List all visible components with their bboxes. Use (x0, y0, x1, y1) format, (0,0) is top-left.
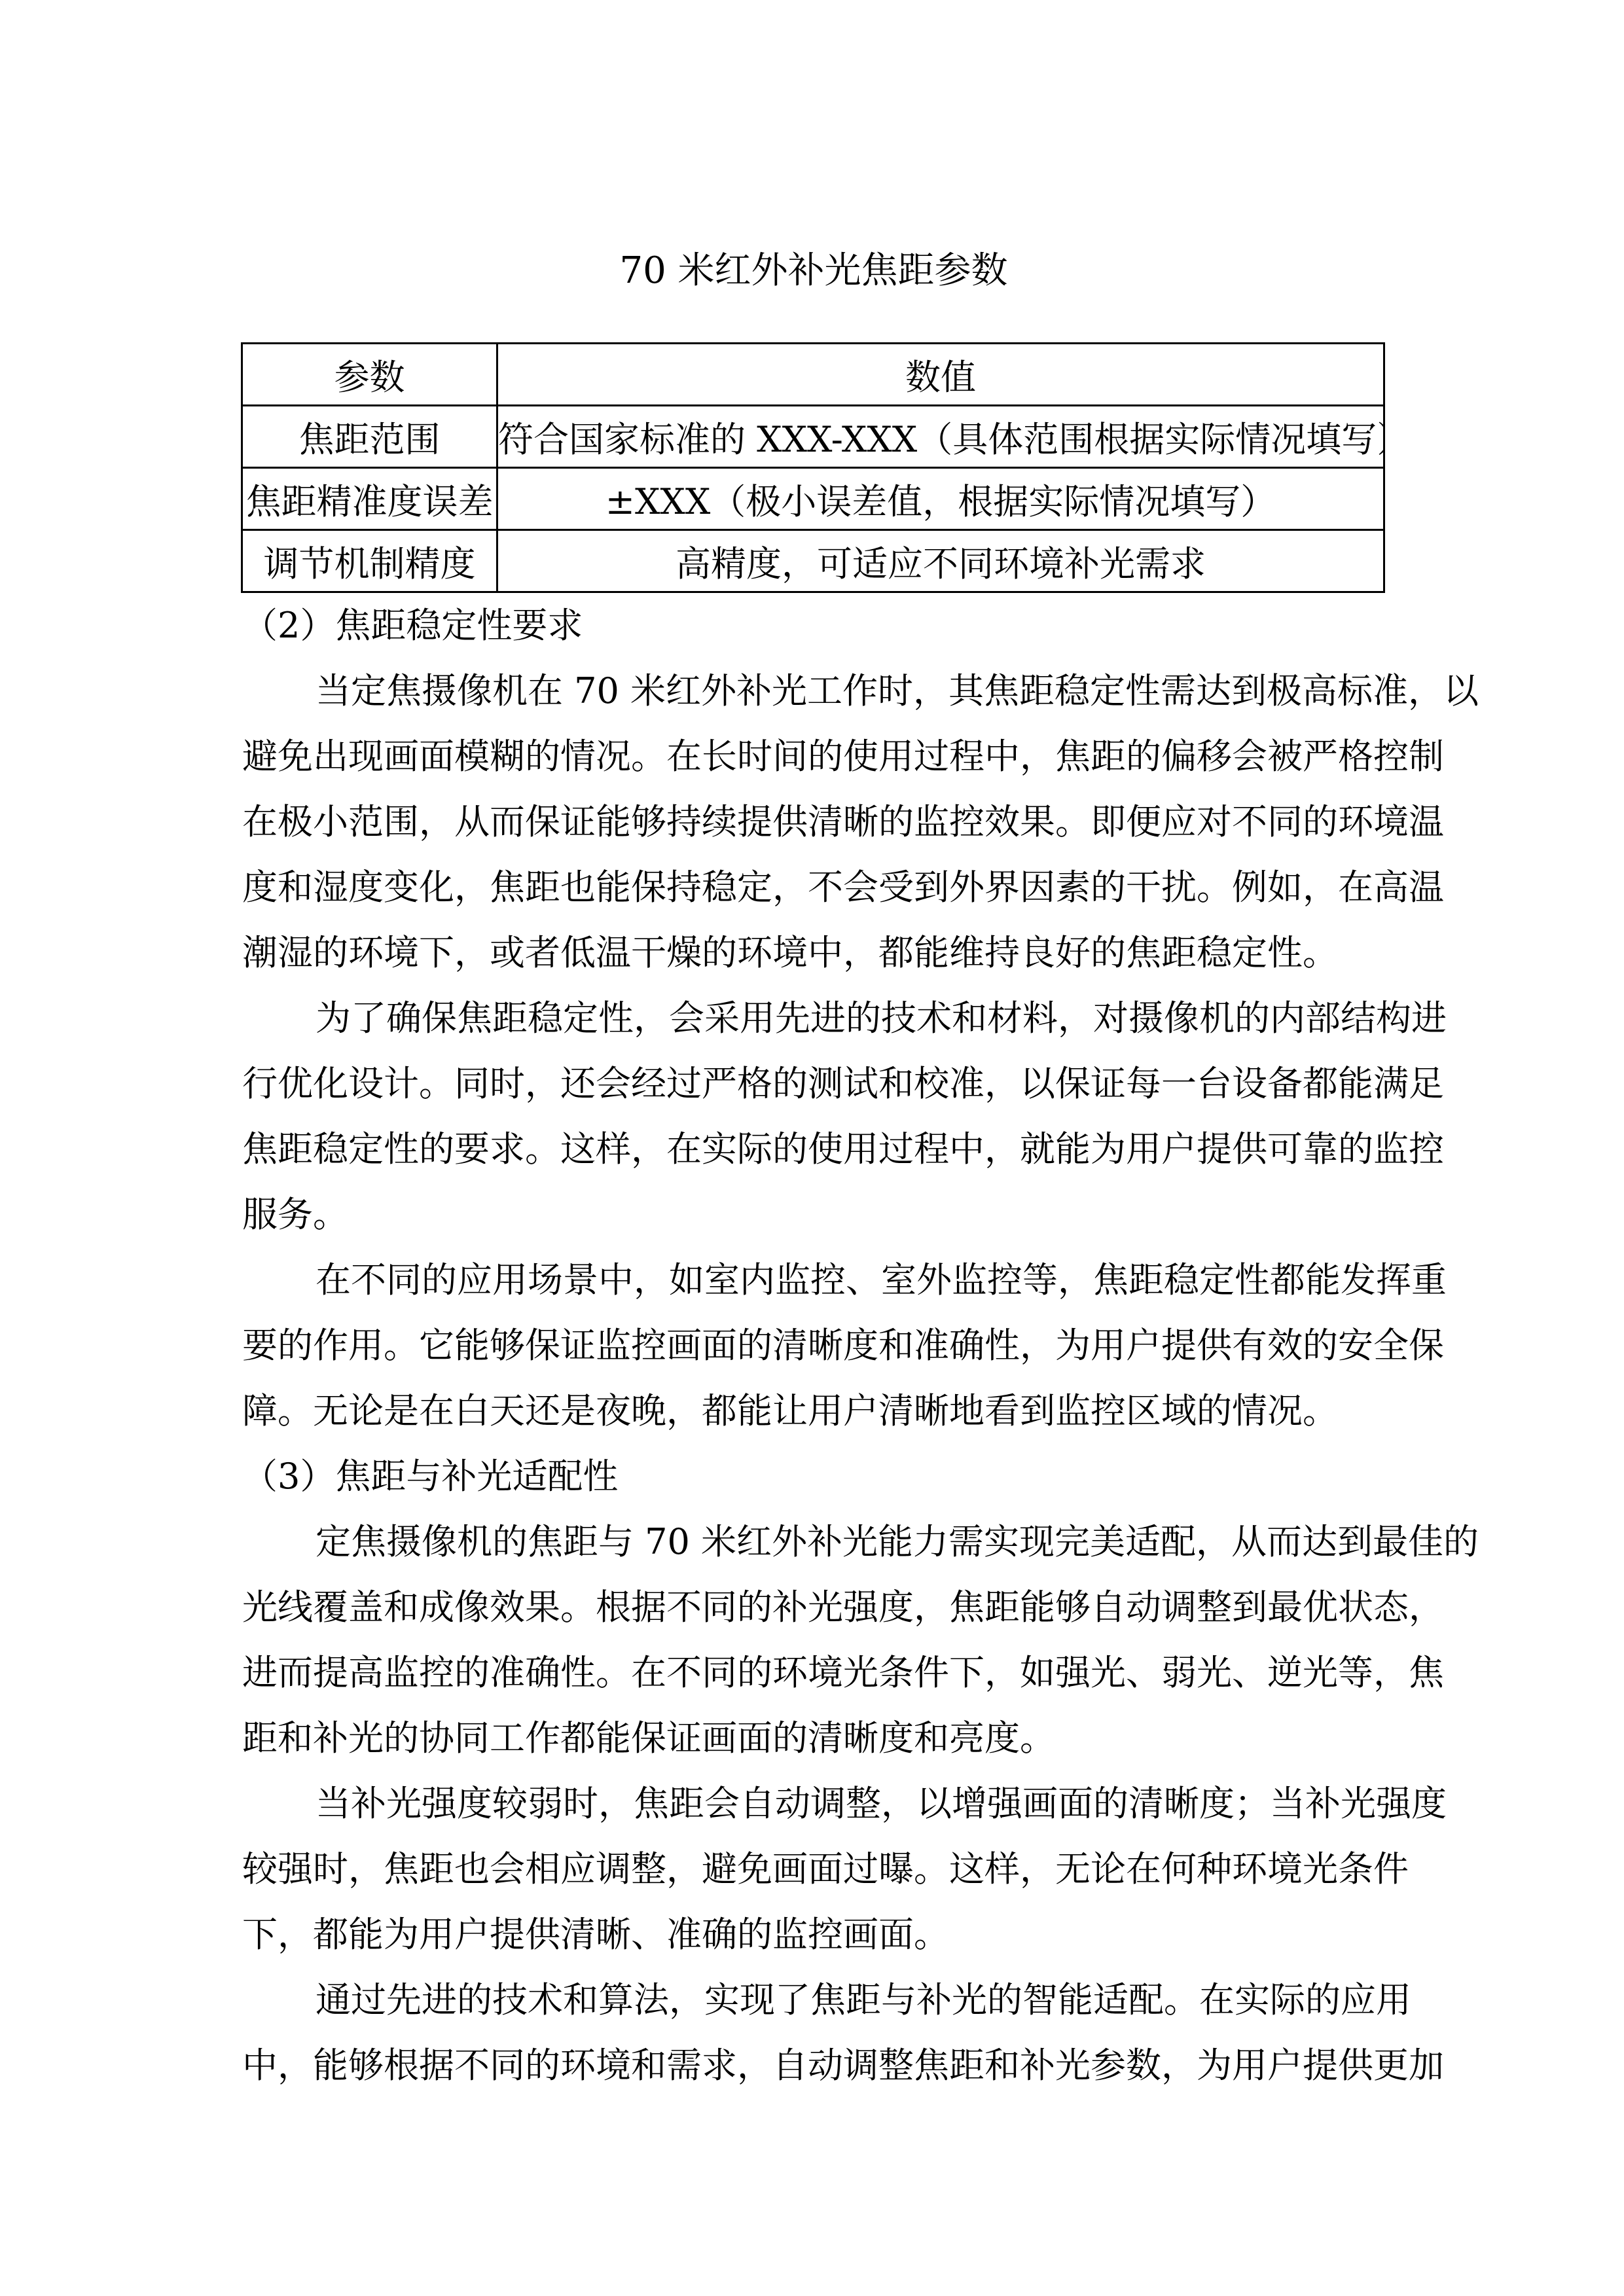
table-header-row: 参数 数值 (242, 344, 1384, 406)
paragraph-line: 在极小范围，从而保证能够持续提供清晰的监控效果。即便应对不同的环境温 (242, 789, 1385, 855)
table-cell-value: 符合国家标准的 XXX-XXX（具体范围根据实际情况填写） (497, 406, 1384, 468)
paragraph-line: 服务。 (242, 1182, 1385, 1247)
table-cell-parameter: 焦距范围 (242, 406, 497, 468)
paragraph-line: 定焦摄像机的焦距与 70 米红外补光能力需实现完美适配，从而达到最佳的 (242, 1509, 1385, 1575)
paragraph-line: 要的作用。它能够保证监控画面的清晰度和准确性，为用户提供有效的安全保 (242, 1313, 1385, 1378)
paragraph-line: 进而提高监控的准确性。在不同的环境光条件下，如强光、弱光、逆光等，焦 (242, 1640, 1385, 1706)
parameters-table: 参数 数值 焦距范围 符合国家标准的 XXX-XXX（具体范围根据实际情况填写）… (241, 342, 1385, 593)
page-title: 70 米红外补光焦距参数 (242, 241, 1385, 301)
table-header-value: 数值 (497, 344, 1384, 406)
paragraph-line: 度和湿度变化，焦距也能保持稳定，不会受到外界因素的干扰。例如，在高温 (242, 855, 1385, 920)
document-page: 70 米红外补光焦距参数 参数 数值 焦距范围 符合国家标准的 XXX-XXX（… (0, 0, 1624, 2296)
table-row: 焦距精准度误差 ±XXX（极小误差值，根据实际情况填写） (242, 468, 1384, 530)
paragraph-line: 距和补光的协同工作都能保证画面的清晰度和亮度。 (242, 1706, 1385, 1771)
section-2-heading: （2）焦距稳定性要求 (242, 593, 1385, 658)
paragraph-line: 中，能够根据不同的环境和需求，自动调整焦距和补光参数，为用户提供更加 (242, 2033, 1385, 2098)
table-row: 焦距范围 符合国家标准的 XXX-XXX（具体范围根据实际情况填写） (242, 406, 1384, 468)
paragraph-line: 潮湿的环境下，或者低温干燥的环境中，都能维持良好的焦距稳定性。 (242, 920, 1385, 986)
paragraph-line: 光线覆盖和成像效果。根据不同的补光强度，焦距能够自动调整到最优状态， (242, 1575, 1385, 1640)
paragraph-line: 在不同的应用场景中，如室内监控、室外监控等，焦距稳定性都能发挥重 (242, 1247, 1385, 1313)
table-cell-value: ±XXX（极小误差值，根据实际情况填写） (497, 468, 1384, 530)
paragraph-line: 行优化设计。同时，还会经过严格的测试和校准，以保证每一台设备都能满足 (242, 1051, 1385, 1117)
paragraph-line: 为了确保焦距稳定性，会采用先进的技术和材料，对摄像机的内部结构进 (242, 986, 1385, 1051)
table-cell-parameter: 焦距精准度误差 (242, 468, 497, 530)
paragraph-line: 当补光强度较弱时，焦距会自动调整，以增强画面的清晰度；当补光强度 (242, 1771, 1385, 1837)
table-header-parameter: 参数 (242, 344, 497, 406)
paragraph-line: 避免出现画面模糊的情况。在长时间的使用过程中，焦距的偏移会被严格控制 (242, 724, 1385, 789)
paragraph-line: 当定焦摄像机在 70 米红外补光工作时，其焦距稳定性需达到极高标准，以 (242, 658, 1385, 724)
paragraph-line: 障。无论是在白天还是夜晚，都能让用户清晰地看到监控区域的情况。 (242, 1378, 1385, 1444)
paragraph-line: 通过先进的技术和算法，实现了焦距与补光的智能适配。在实际的应用 (242, 1967, 1385, 2033)
paragraph-line: 下，都能为用户提供清晰、准确的监控画面。 (242, 1902, 1385, 1967)
section-3-heading: （3）焦距与补光适配性 (242, 1444, 1385, 1509)
table-cell-parameter: 调节机制精度 (242, 530, 497, 592)
paragraph-line: 焦距稳定性的要求。这样，在实际的使用过程中，就能为用户提供可靠的监控 (242, 1117, 1385, 1182)
body-text: （2）焦距稳定性要求 当定焦摄像机在 70 米红外补光工作时，其焦距稳定性需达到… (242, 593, 1385, 2098)
table-cell-value: 高精度，可适应不同环境补光需求 (497, 530, 1384, 592)
table-row: 调节机制精度 高精度，可适应不同环境补光需求 (242, 530, 1384, 592)
paragraph-line: 较强时，焦距也会相应调整，避免画面过曝。这样，无论在何种环境光条件 (242, 1837, 1385, 1902)
